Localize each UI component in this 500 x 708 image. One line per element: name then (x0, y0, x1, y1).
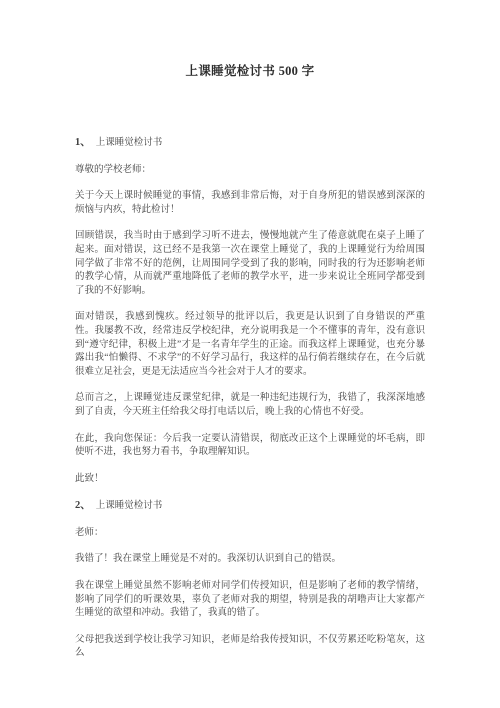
section-2-heading-text: 上课睡觉检讨书 (96, 501, 163, 511)
section-1-heading: 1、上课睡觉检讨书 (75, 136, 425, 151)
section-1-heading-text: 上课睡觉检讨书 (96, 138, 163, 148)
paragraph: 我错了！我在课堂上睡觉是不对的。我深切认识到自己的错误。 (75, 553, 425, 567)
document-title: 上课睡觉检讨书 500 字 (0, 61, 500, 79)
paragraph: 回顾错误，我当时由于感到学习听不进去，慢慢地就产生了倦意就爬在桌子上睡了起来。面… (75, 230, 425, 298)
paragraph: 总而言之，上课睡觉违反课堂纪律，就是一种违纪违规行为，我错了，我深深地感到了自责… (75, 392, 425, 419)
section-1-salutation: 尊敬的学校老师： (75, 164, 425, 178)
section-2-heading: 2、上课睡觉检讨书 (75, 499, 425, 514)
document-body: 1、上课睡觉检讨书 尊敬的学校老师： 关于今天上课时候睡觉的事情，我感到非常后悔… (75, 136, 425, 674)
section-1-closing: 此致！ (75, 473, 425, 487)
section-2-salutation: 老师： (75, 527, 425, 541)
paragraph: 我在课堂上睡觉虽然不影响老师对同学们传授知识，但是影响了老师的教学情绪，影响了同… (75, 580, 425, 621)
document-page: 上课睡觉检讨书 500 字 1、上课睡觉检讨书 尊敬的学校老师： 关于今天上课时… (0, 0, 500, 708)
paragraph: 在此，我向您保证：今后我一定要认清错误，彻底改正这个上课睡觉的坏毛病，即使听不进… (75, 433, 425, 460)
section-2-number: 2、 (75, 500, 91, 511)
section-1-number: 1、 (75, 137, 91, 148)
paragraph: 父母把我送到学校让我学习知识，老师是给我传授知识，不仅劳累还吃粉笔灰，这么 (75, 634, 425, 661)
paragraph: 关于今天上课时候睡觉的事情，我感到非常后悔，对于自身所犯的错误感到深深的烦恼与内… (75, 190, 425, 217)
paragraph: 面对错误，我感到愧疚。经过领导的批评以后，我更是认识到了自身错误的严重性。我屡教… (75, 311, 425, 379)
